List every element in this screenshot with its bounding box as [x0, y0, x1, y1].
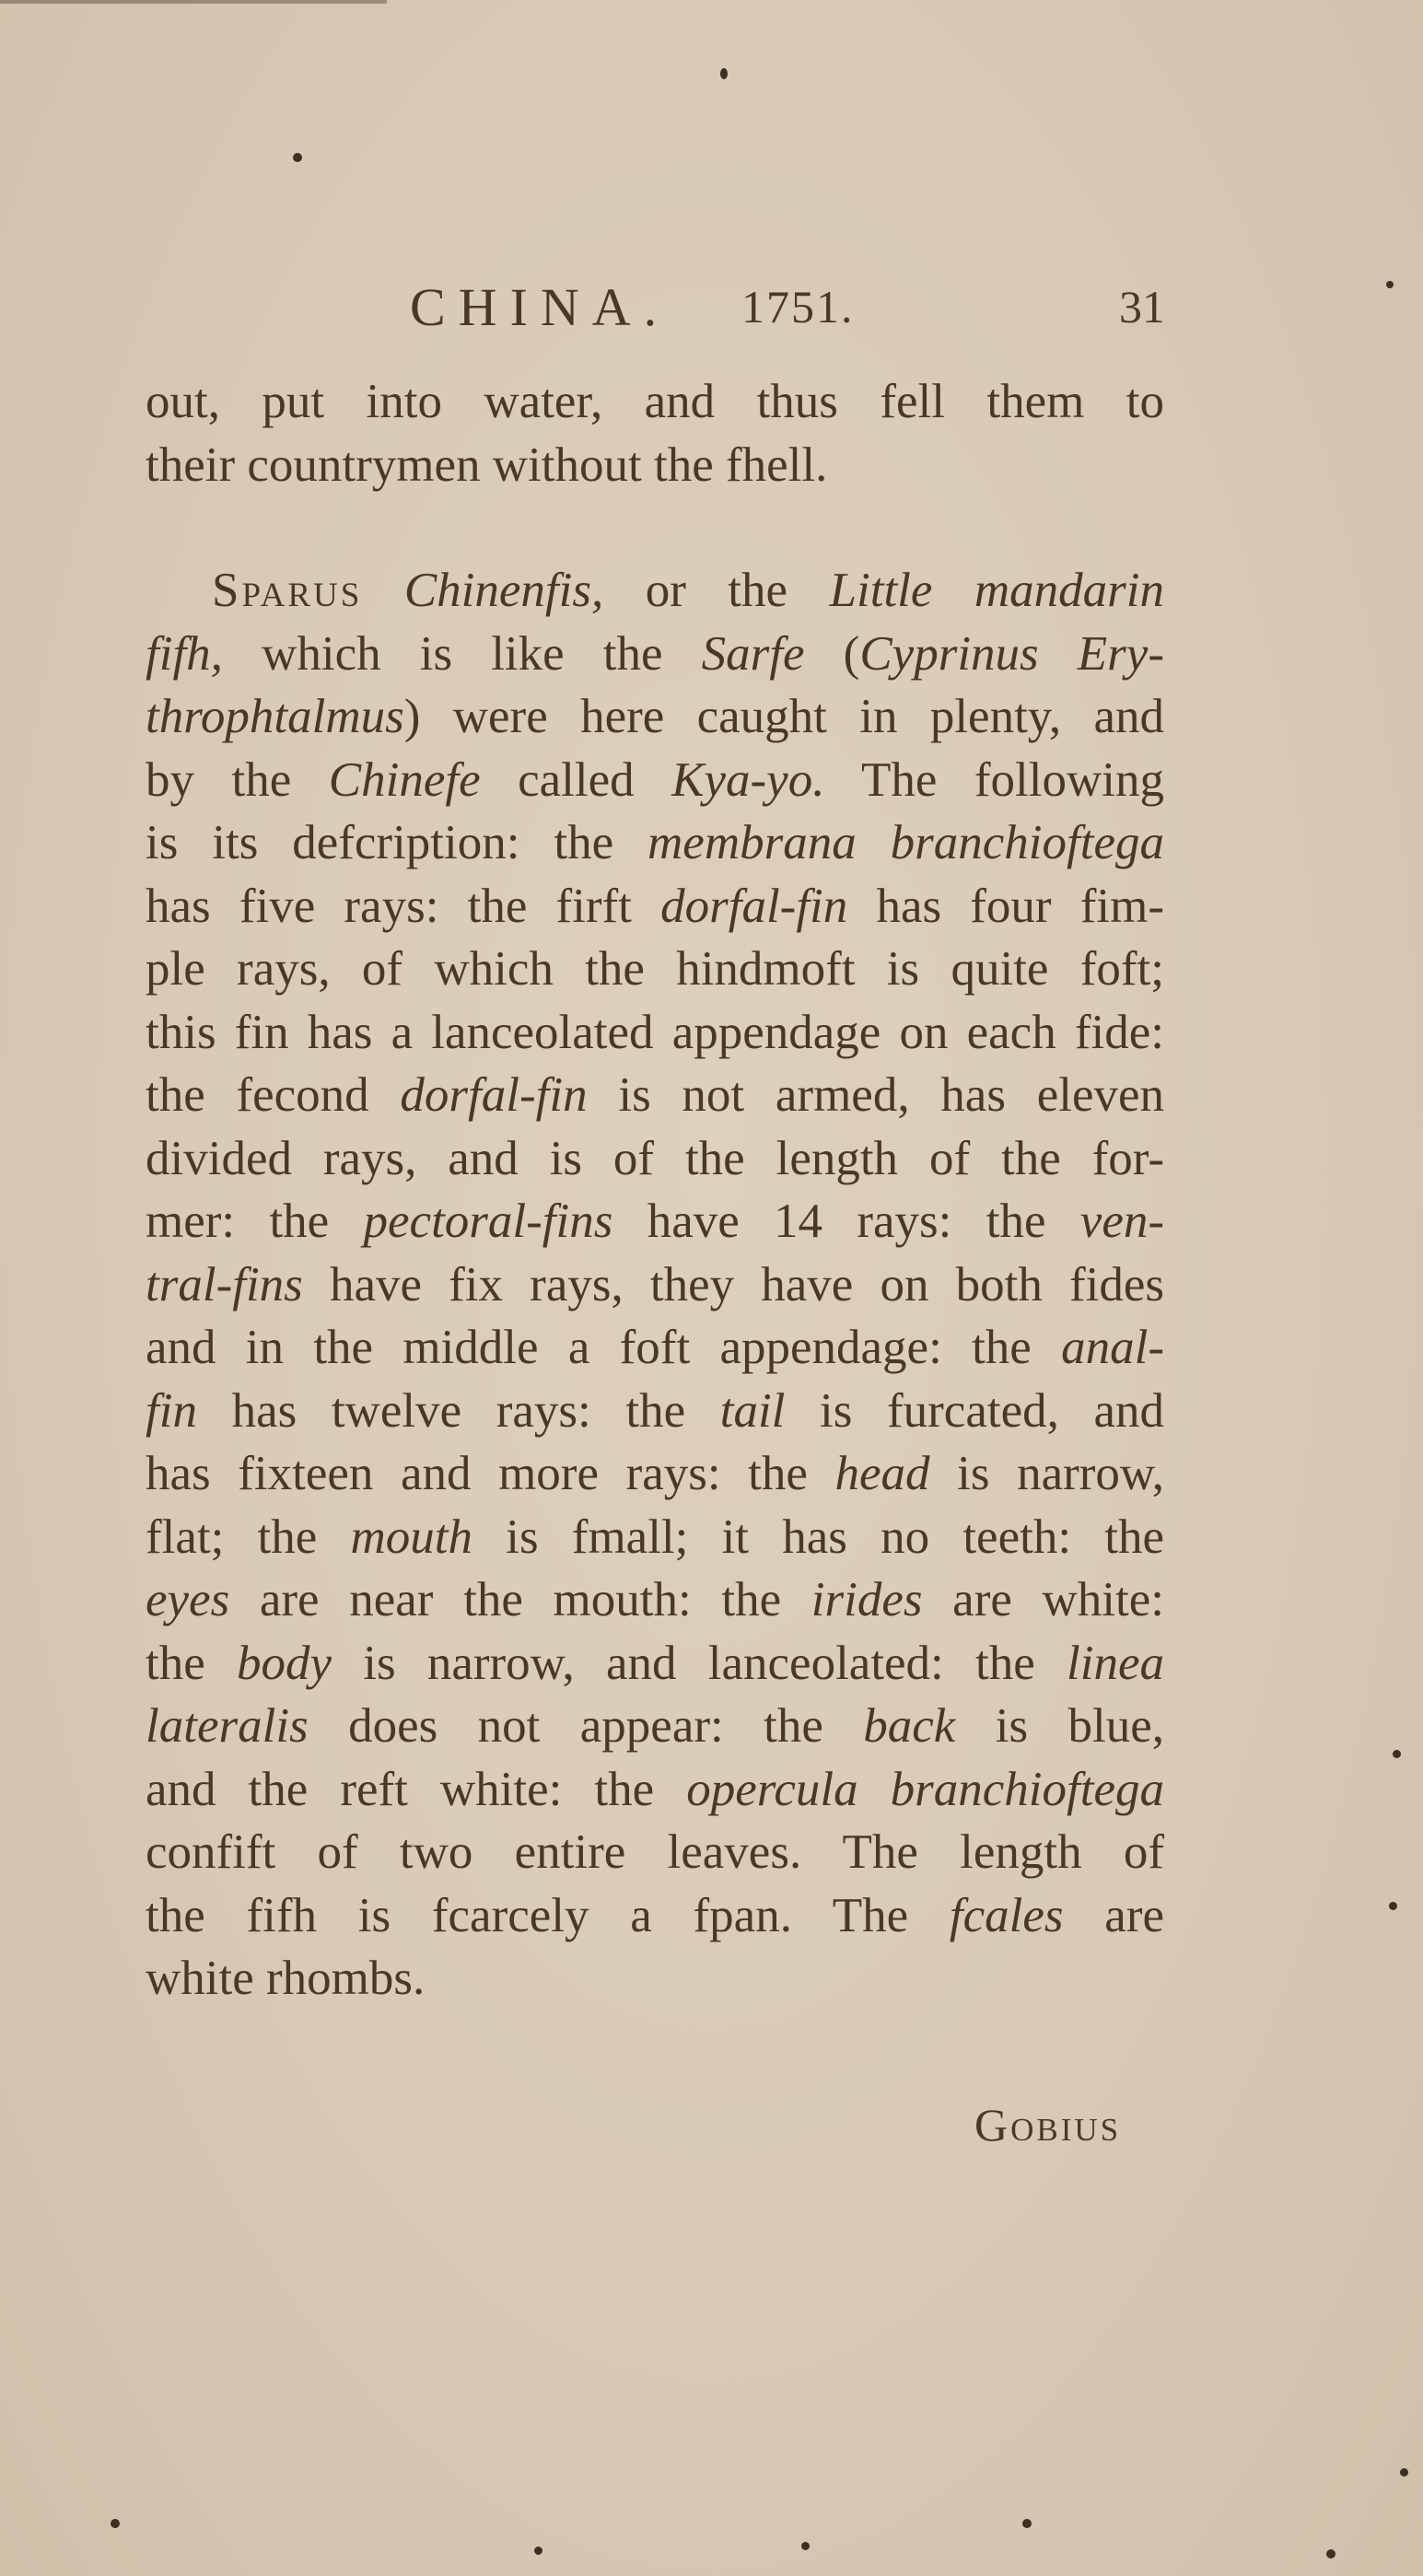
- paragraph-continued: out, put into water, and thus fell them …: [146, 370, 1164, 496]
- paper-speck: [801, 2542, 810, 2550]
- text-line: mer: the pectoral-fins have 14 rays: the…: [146, 1190, 1164, 1253]
- body-text: out, put into water, and thus fell them …: [146, 370, 1164, 2011]
- text-line: the body is narrow, and lanceolated: the…: [146, 1632, 1164, 1696]
- text-line: fifh, which is like the Sarfe (Cyprinus …: [146, 623, 1164, 686]
- paper-speck: [293, 153, 302, 162]
- text-line: fin has twelve rays: the tail is furcate…: [146, 1380, 1164, 1443]
- text-line: by the Chinefe called Kya-yo. The follow…: [146, 749, 1164, 812]
- page-number: 31: [1119, 280, 1165, 333]
- text-line: has fixteen and more rays: the head is n…: [146, 1442, 1164, 1506]
- text-line: flat; the mouth is fmall; it has no teet…: [146, 1506, 1164, 1569]
- text-line: tral-fins have fix rays, they have on bo…: [146, 1253, 1164, 1317]
- paper-speck: [720, 68, 728, 79]
- header-year: 1751.: [741, 280, 855, 333]
- paper-speck: [1400, 2468, 1408, 2477]
- paper-speck: [1393, 1750, 1401, 1758]
- species-epithet: Chinenfis,: [404, 564, 603, 617]
- text-line: ple rays, of which the hindmoft is quite…: [146, 938, 1164, 1001]
- paragraph-sparus-description: Sparus Chinenfis, or the Little mandarin…: [146, 559, 1164, 2011]
- text-line: has five rays: the firft dorfal-fin has …: [146, 875, 1164, 938]
- text-line: Sparus Chinenfis, or the Little mandarin: [146, 559, 1164, 623]
- paper-speck: [534, 2547, 542, 2555]
- text-line: eyes are near the mouth: the irides are …: [146, 1568, 1164, 1632]
- page-edge-shadow: [0, 0, 387, 4]
- text-line: confift of two entire leaves. The length…: [146, 1821, 1164, 1884]
- paper-speck: [1389, 1902, 1397, 1910]
- species-genus: Sparus: [212, 564, 362, 617]
- text-line: the fecond dorfal-fin is not armed, has …: [146, 1064, 1164, 1127]
- text-line: throphtalmus) were here caught in plenty…: [146, 685, 1164, 749]
- text-line: their countrymen without the fhell.: [146, 434, 1164, 497]
- text-line: and in the middle a foft appendage: the …: [146, 1316, 1164, 1380]
- text-line: and the reft white: the opercula branchi…: [146, 1758, 1164, 1822]
- text-line: divided rays, and is of the length of th…: [146, 1127, 1164, 1191]
- paragraph-gap: [146, 496, 1164, 559]
- text-line: white rhombs.: [146, 1947, 1164, 2011]
- catchword: Gobius: [974, 2098, 1121, 2151]
- paper-speck: [1326, 2549, 1336, 2559]
- running-title: CHINA.: [410, 276, 670, 338]
- paper-speck: [1386, 281, 1394, 288]
- text-line: the fifh is fcarcely a fpan. The fcales …: [146, 1884, 1164, 1948]
- paper-speck: [1022, 2519, 1032, 2528]
- text-line: is its defcription: the membrana branchi…: [146, 811, 1164, 875]
- running-header: CHINA. 1751. 31: [410, 276, 1165, 350]
- text-line: lateralis does not appear: the back is b…: [146, 1695, 1164, 1758]
- text-line: this fin has a lanceolated appendage on …: [146, 1001, 1164, 1065]
- paper-speck: [111, 2519, 120, 2528]
- text-line: out, put into water, and thus fell them …: [146, 370, 1164, 434]
